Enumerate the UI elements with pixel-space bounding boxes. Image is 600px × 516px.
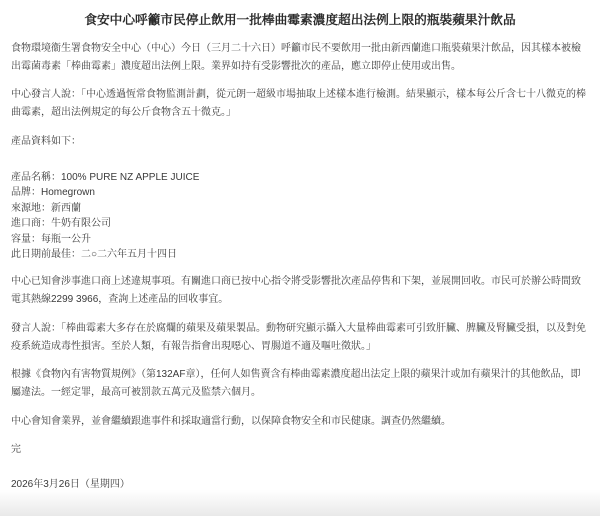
product-info-block: 產品名稱：100% PURE NZ APPLE JUICE 品牌：Homegro… [11, 170, 589, 263]
product-importer-line: 進口商：牛奶有限公司 [11, 216, 589, 232]
product-best-before-line: 此日期前最佳：二○二六年五月十四日 [11, 247, 589, 263]
product-name-line: 產品名稱：100% PURE NZ APPLE JUICE [11, 170, 589, 186]
followup-paragraph: 中心會知會業界，並會繼續跟進事件和採取適當行動，以保障食物安全和市民健康。調查仍… [11, 413, 589, 431]
legal-paragraph: 根據《食物內有害物質規例》（第132AF章），任何人如售賣含有棒曲霉素濃度超出法… [11, 366, 589, 402]
spokesman-quote-2: 發言人說：「棒曲霉素大多存在於腐爛的蘋果及蘋果製品。動物研究顯示攝入大量棒曲霉素… [11, 320, 589, 356]
product-brand-line: 品牌：Homegrown [11, 185, 589, 201]
product-volume-line: 容量：每瓶一公升 [11, 232, 589, 248]
press-release-document: 食安中心呼籲市民停止飲用一批棒曲霉素濃度超出法例上限的瓶裝蘋果汁飲品 食物環境衞… [0, 0, 600, 494]
end-mark: 完 [11, 441, 589, 459]
intro-paragraph: 食物環境衞生署食物安全中心（中心）今日（三月二十六日）呼籲市民不要飲用一批由新西… [11, 40, 589, 76]
product-origin-line: 來源地：新西蘭 [11, 201, 589, 217]
spokesman-quote-1: 中心發言人說：「中心透過恆常食物監測計劃，從元朗一超級市場抽取上述樣本進行檢測。… [11, 86, 589, 122]
recall-paragraph: 中心已知會涉事進口商上述違規事項。有關進口商已按中心指令將受影響批次產品停售和下… [11, 273, 589, 309]
product-info-heading: 產品資料如下： [11, 133, 589, 151]
page-title: 食安中心呼籲市民停止飲用一批棒曲霉素濃度超出法例上限的瓶裝蘋果汁飲品 [11, 12, 589, 29]
release-date: 2026年3月26日（星期四） [11, 476, 589, 494]
